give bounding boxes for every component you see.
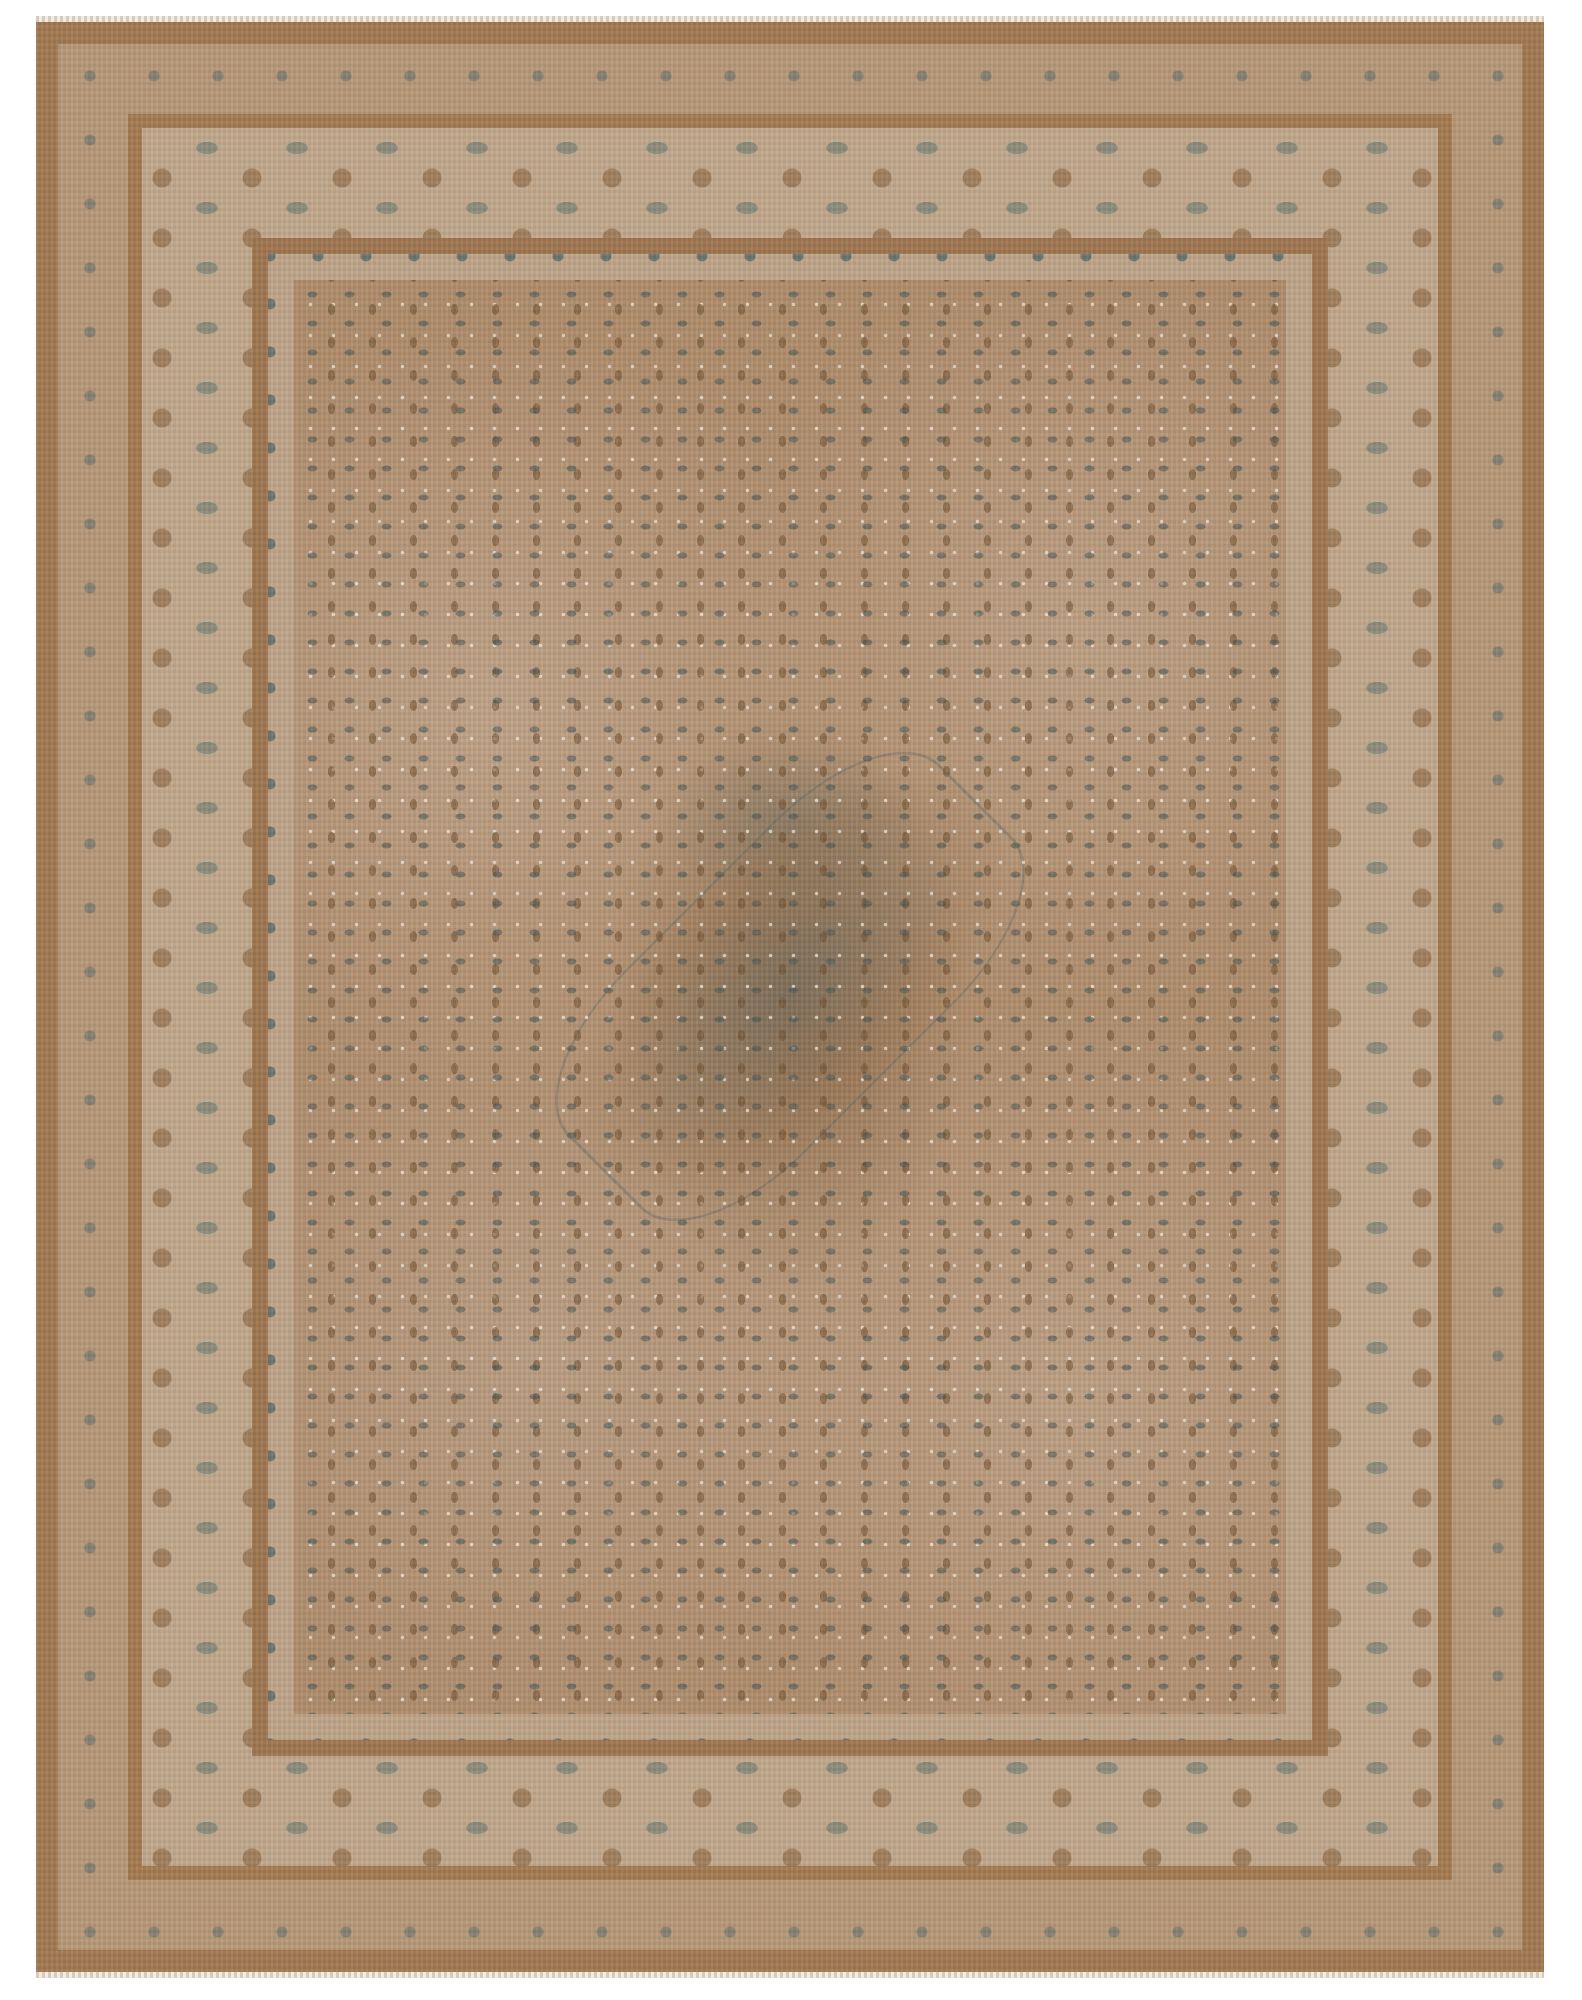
rug [36, 22, 1544, 1972]
rug-bottom-fringe [36, 1972, 1544, 1978]
rug-field [294, 280, 1286, 1714]
rug-central-medallion [513, 710, 1066, 1263]
